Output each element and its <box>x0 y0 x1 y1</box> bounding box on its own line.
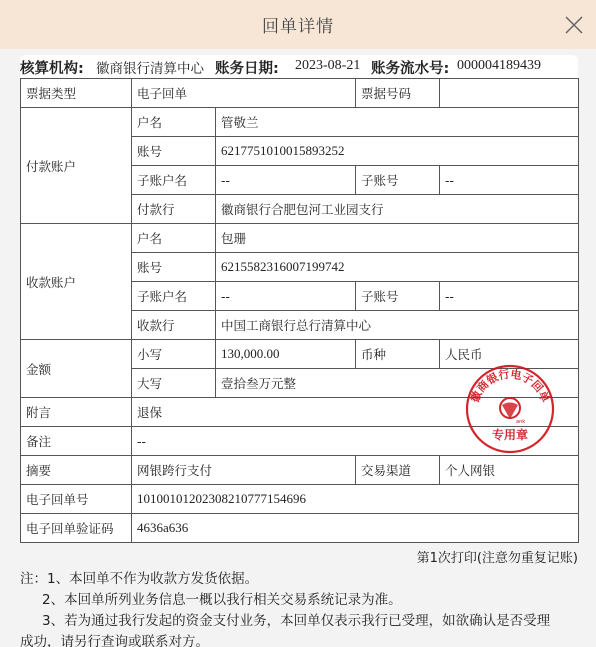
close-icon <box>563 14 585 36</box>
note-line-4: 成功，请另行查询或联系对方。 <box>20 632 580 647</box>
payer-sub-account-value: -- <box>440 166 579 195</box>
receipt-notes: 注：1、本回单不作为收款方发货依据。 2、本回单所列业务信息一概以我行相关交易系… <box>20 569 580 647</box>
amount-small-value: 130,000.00 <box>216 340 356 369</box>
receipt-meta: 核算机构: 徽商银行清算中心 账务日期: 2023-08-21 账务流水号: 0… <box>20 57 580 77</box>
payee-section-label: 收款账户 <box>21 224 132 340</box>
org-value: 徽商银行清算中心 <box>96 57 204 77</box>
payee-name-label: 户名 <box>132 224 216 253</box>
summary-value: 网银跨行支付 <box>132 456 356 485</box>
note-line-1: 注：1、本回单不作为收款方发货依据。 <box>20 569 580 590</box>
receipt-no-label: 电子回单号 <box>21 485 132 514</box>
payer-account-value: 6217751010015893252 <box>216 137 579 166</box>
remark-label: 备注 <box>21 427 132 456</box>
note-line-2: 2、本回单所列业务信息一概以我行相关交易系统记录为准。 <box>20 590 580 611</box>
payee-account-value: 6215582316007199742 <box>216 253 579 282</box>
table-row: 电子回单号 10100101202308210777154696 <box>21 485 579 514</box>
table-row: 收款账户 户名 包珊 <box>21 224 579 253</box>
dialog-header: 回单详情 <box>0 0 596 49</box>
payer-name-label: 户名 <box>132 108 216 137</box>
verify-code-label: 电子回单验证码 <box>21 514 132 543</box>
bill-no-value <box>440 79 579 108</box>
postscript-label: 附言 <box>21 398 132 427</box>
table-row: 付款账户 户名 管敬兰 <box>21 108 579 137</box>
org-label: 核算机构: <box>20 57 84 78</box>
currency-label: 币种 <box>356 340 440 369</box>
print-count-note: 第1次打印(注意勿重复记账) <box>417 547 578 566</box>
payee-bank-value: 中国工商银行总行清算中心 <box>216 311 579 340</box>
receipt-table: 票据类型 电子回单 票据号码 付款账户 户名 管敬兰 账号 6217751010… <box>20 78 579 543</box>
close-button[interactable] <box>563 14 585 36</box>
table-row: 备注 -- <box>21 427 579 456</box>
remark-value: -- <box>132 427 579 456</box>
payer-sub-name-label: 子账户名 <box>132 166 216 195</box>
bill-type-value: 电子回单 <box>132 79 356 108</box>
table-row: 摘要 网银跨行支付 交易渠道 个人网银 <box>21 456 579 485</box>
postscript-value: 退保 <box>132 398 579 427</box>
table-row: 附言 退保 <box>21 398 579 427</box>
receipt-no-value: 10100101202308210777154696 <box>132 485 579 514</box>
summary-label: 摘要 <box>21 456 132 485</box>
note-line-3: 3、若为通过我行发起的资金支付业务，本回单仅表示我行已受理，如欲确认是否受理 <box>20 611 580 632</box>
bill-no-label: 票据号码 <box>356 79 440 108</box>
payee-sub-account-label: 子账号 <box>356 282 440 311</box>
date-value: 2023-08-21 <box>295 58 360 74</box>
amount-big-value: 壹拾叁万元整 <box>216 369 579 398</box>
payee-sub-name-label: 子账户名 <box>132 282 216 311</box>
channel-label: 交易渠道 <box>356 456 440 485</box>
currency-value: 人民币 <box>440 340 579 369</box>
table-row: 电子回单验证码 4636a636 <box>21 514 579 543</box>
payee-sub-name-value: -- <box>216 282 356 311</box>
date-label: 账务日期: <box>215 57 279 78</box>
amount-small-label: 小写 <box>132 340 216 369</box>
payer-name-value: 管敬兰 <box>216 108 579 137</box>
table-row: 金额 小写 130,000.00 币种 人民币 <box>21 340 579 369</box>
amount-section-label: 金额 <box>21 340 132 398</box>
payer-bank-label: 付款行 <box>132 195 216 224</box>
amount-big-label: 大写 <box>132 369 216 398</box>
payee-sub-account-value: -- <box>440 282 579 311</box>
bill-type-label: 票据类型 <box>21 79 132 108</box>
payer-sub-name-value: -- <box>216 166 356 195</box>
payee-account-label: 账号 <box>132 253 216 282</box>
serial-label: 账务流水号: <box>371 57 449 78</box>
payer-section-label: 付款账户 <box>21 108 132 224</box>
channel-value: 个人网银 <box>440 456 579 485</box>
payee-bank-label: 收款行 <box>132 311 216 340</box>
payee-name-value: 包珊 <box>216 224 579 253</box>
serial-value: 000004189439 <box>457 58 541 74</box>
payer-bank-value: 徽商银行合肥包河工业园支行 <box>216 195 579 224</box>
payer-sub-account-label: 子账号 <box>356 166 440 195</box>
payer-account-label: 账号 <box>132 137 216 166</box>
table-row: 票据类型 电子回单 票据号码 <box>21 79 579 108</box>
dialog-title: 回单详情 <box>0 12 596 37</box>
verify-code-value: 4636a636 <box>132 514 579 543</box>
